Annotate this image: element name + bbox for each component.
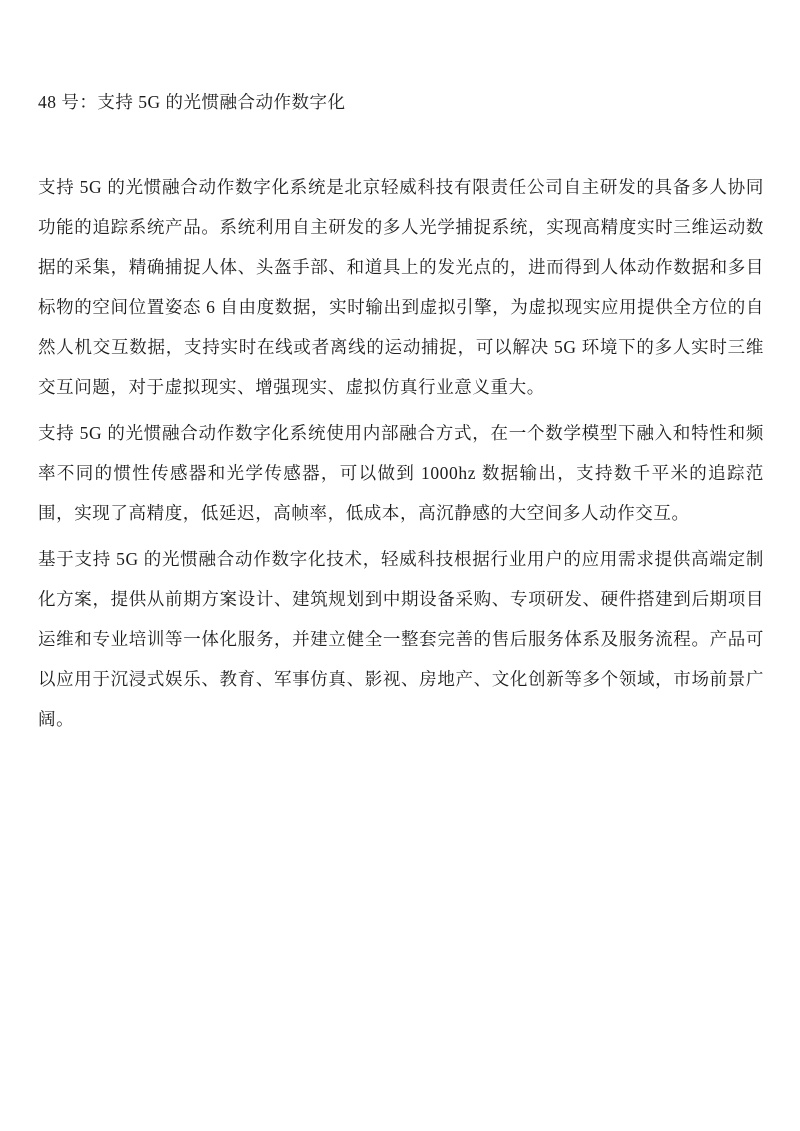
document-page: 48 号：支持 5G 的光惯融合动作数字化 支持 5G 的光惯融合动作数字化系统… [0, 0, 800, 1131]
document-title: 48 号：支持 5G 的光惯融合动作数字化 [38, 82, 764, 122]
paragraph-services-applications: 基于支持 5G 的光惯融合动作数字化技术，轻威科技根据行业用户的应用需求提供高端… [38, 539, 764, 739]
paragraph-product-overview: 支持 5G 的光惯融合动作数字化系统是北京轻威科技有限责任公司自主研发的具备多人… [38, 167, 764, 407]
paragraph-fusion-technology: 支持 5G 的光惯融合动作数字化系统使用内部融合方式，在一个数学模型下融入和特性… [38, 413, 764, 533]
